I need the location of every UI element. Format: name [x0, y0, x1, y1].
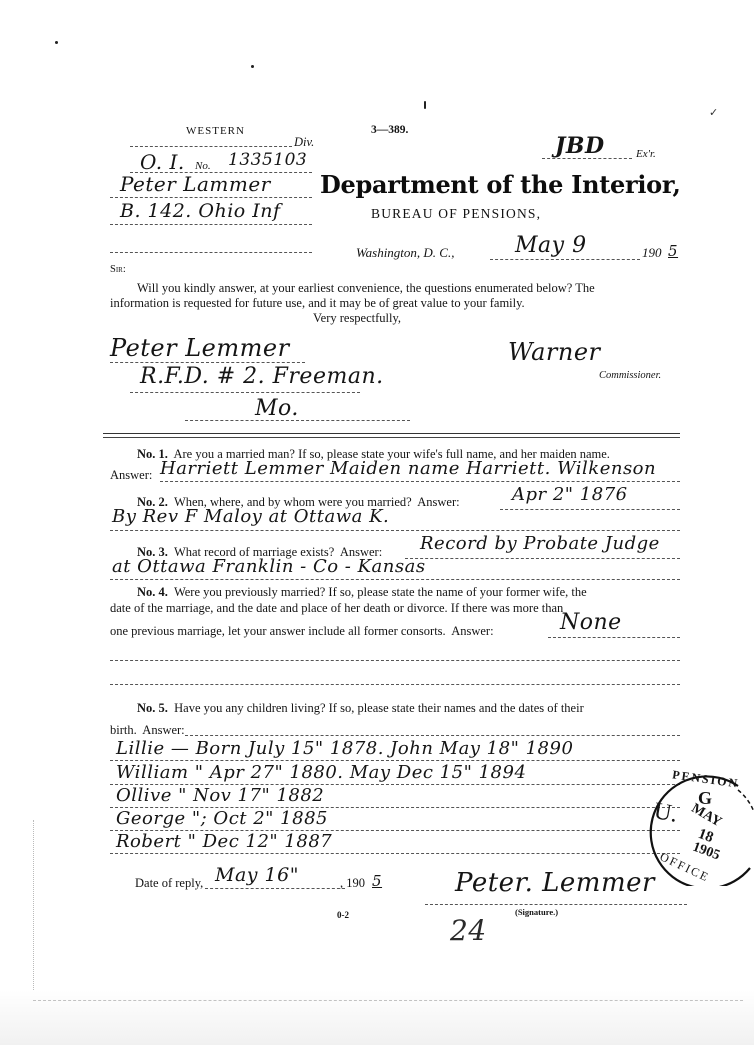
question-5-number: No. 5. [137, 701, 168, 715]
question-4-answer-line-2 [110, 660, 680, 661]
question-4-line-2: date of the marriage, and the date and p… [110, 601, 563, 616]
question-4-prompt-3: one previous marriage, let your answer i… [110, 624, 446, 638]
page-frame-left [33, 820, 35, 990]
year-prefix: 190 [642, 245, 662, 261]
letter-date-line [490, 259, 640, 260]
paper-speck [424, 101, 426, 109]
letter-date: May 9 [515, 233, 587, 258]
examiner-initials: JBD [555, 133, 605, 159]
form-number: 3—389. [371, 124, 408, 136]
question-3-answer-line-2: at Ottawa Franklin - Co - Kansas [112, 556, 426, 577]
certificate-no-label: No. [195, 160, 211, 172]
blank-header-line [110, 252, 312, 253]
address-name: Peter Lemmer [110, 334, 290, 362]
question-4-line-1: No. 4. Were you previously married? If s… [137, 585, 587, 600]
question-3-answer-inline: Record by Probate Judge [420, 533, 660, 554]
question-5-prompt-1: Have you any children living? If so, ple… [174, 701, 584, 715]
pension-office-received-stamp: PENSION U. G MAY 18 1905 OFFICE [638, 768, 754, 886]
division-line [130, 146, 292, 147]
question-3-answer-line-1 [405, 558, 680, 559]
letter-closing: Very respectfully, [313, 311, 401, 326]
year-suffix: 5 [668, 242, 678, 260]
commissioner-label: Commissioner. [599, 370, 661, 381]
question-1-answer: Harriett Lemmer Maiden name Harriett. Wi… [160, 458, 656, 479]
salutation: Sir: [110, 264, 126, 275]
commissioner-signature: Warner [508, 338, 601, 366]
address-line-3: Mo. [255, 396, 299, 421]
reply-date-line [205, 888, 345, 889]
question-4-answer-label: Answer: [451, 624, 493, 638]
child-entry: Ollive " Nov 17" 1882 [116, 785, 324, 806]
reply-date-label: Date of reply, [135, 876, 203, 891]
question-4-line-3: one previous marriage, let your answer i… [110, 624, 494, 639]
address-line-3-underline [185, 420, 410, 421]
question-4-answer-line-3 [110, 684, 680, 685]
examiner-label: Ex'r. [636, 148, 656, 160]
reply-date: May 16" [215, 864, 299, 886]
paper-speck [251, 65, 254, 68]
child-entry: George "; Oct 2" 1885 [116, 808, 328, 829]
question-5-prompt-2: birth. [110, 723, 137, 737]
question-2-answer-line-1 [500, 509, 680, 510]
question-4-prompt-1: Were you previously married? If so, plea… [174, 585, 587, 599]
certificate-number: 1335103 [228, 150, 307, 170]
pensioner-name: Peter Lammer [120, 172, 271, 196]
question-2-answer-line-2: By Rev F Maloy at Ottawa K. [112, 506, 389, 527]
question-5-line-2: birth. Answer: [110, 723, 185, 738]
question-5-answer-line-0 [185, 735, 680, 736]
child-entry: Robert " Dec 12" 1887 [116, 831, 332, 852]
bureau-title: BUREAU OF PENSIONS, [371, 206, 541, 222]
child-entry: William " Apr 27" 1880. May Dec 15" 1894 [116, 762, 526, 783]
question-3-answer-line-2-underline [110, 579, 680, 580]
question-4-answer-line-1 [548, 637, 680, 638]
question-1-answer-label: Answer: [110, 468, 152, 483]
address-name-line [110, 362, 305, 363]
form-code: 0-2 [337, 910, 349, 920]
child-entry-line [110, 760, 680, 761]
paper-edge-shading [0, 990, 754, 1045]
child-entry: Lillie — Born July 15" 1878. John May 18… [116, 738, 573, 759]
question-4-answer: None [560, 610, 622, 635]
question-2-answer-inline: Apr 2" 1876 [512, 484, 628, 505]
question-5-answer-label: Answer: [142, 723, 184, 737]
examiner-line [542, 158, 632, 159]
pencil-note: 24 [450, 914, 487, 947]
signature-label: (Signature.) [515, 907, 558, 917]
question-2-answer-line-2-underline [110, 530, 680, 531]
question-4-number: No. 4. [137, 585, 168, 599]
question-5-line-1: No. 5. Have you any children living? If … [137, 701, 584, 716]
service-line-underline [110, 224, 312, 225]
child-entry-line [110, 853, 680, 854]
address-line-2-underline [130, 392, 360, 393]
department-title: Department of the Interior, [320, 170, 681, 199]
division-label: Div. [294, 135, 314, 150]
letter-body-line-2: information is requested for future use,… [110, 296, 525, 311]
division-value: WESTERN [186, 125, 245, 137]
letter-body-line-1: Will you kindly answer, at your earliest… [137, 281, 595, 296]
stamp-left-letter: U. [652, 798, 680, 829]
service-line: B. 142. Ohio Inf [120, 200, 281, 222]
paper-speck [55, 41, 58, 44]
section-divider [103, 433, 680, 438]
question-2-answer-label: Answer: [417, 495, 459, 509]
page-frame-bottom [33, 1000, 743, 1002]
reply-year-suffix: 5 [372, 872, 382, 890]
pensioner-name-line [110, 197, 312, 198]
pensioner-signature: Peter. Lemmer [455, 868, 655, 898]
reply-year-prefix: , 190 [340, 876, 365, 891]
address-line-2: R.F.D. # 2. Freeman. [140, 364, 384, 389]
certificate-prefix: O. I. [140, 150, 185, 174]
place-label: Washington, D. C., [356, 245, 454, 261]
question-1-answer-line [160, 481, 680, 482]
check-mark: ✓ [709, 106, 718, 119]
signature-line [425, 904, 687, 905]
